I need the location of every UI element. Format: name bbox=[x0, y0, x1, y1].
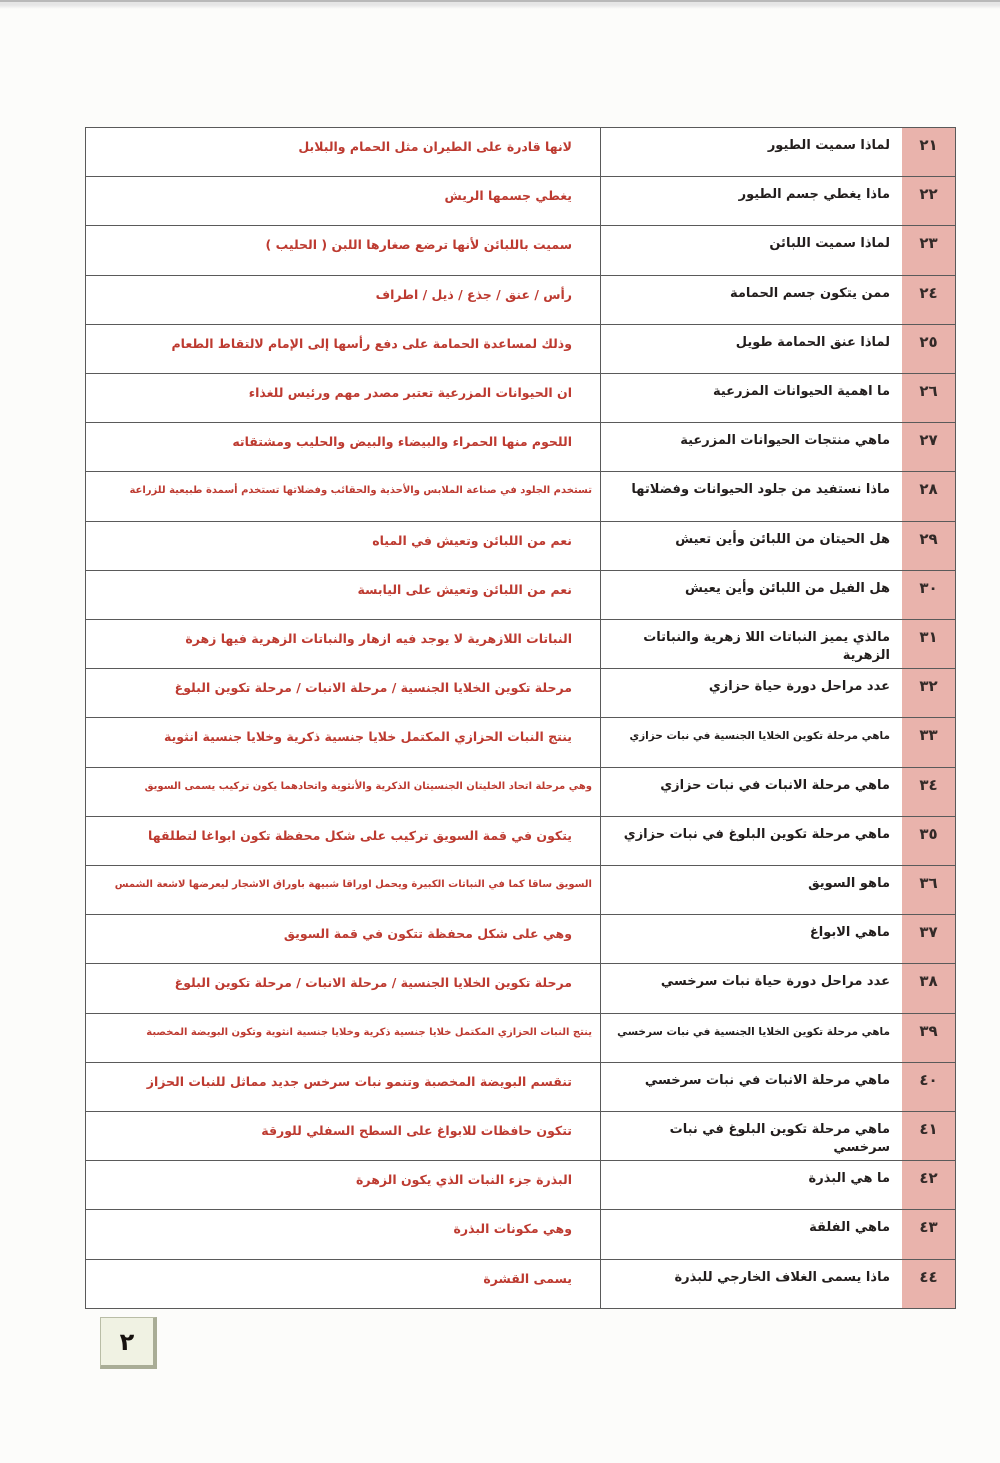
answer-cell: تستخدم الجلود في صناعة الملابس والأحذية … bbox=[86, 472, 600, 520]
row-number: ٣٦ bbox=[902, 866, 955, 914]
row-number: ٣٩ bbox=[902, 1014, 955, 1062]
page-number-badge: ٢ bbox=[100, 1317, 157, 1369]
question-cell: عدد مراحل دورة حياة نبات سرخسي bbox=[600, 964, 902, 1012]
answer-cell: يسمى القشرة bbox=[86, 1260, 600, 1308]
question-cell: عدد مراحل دورة حياة حزازي bbox=[600, 669, 902, 717]
row-number: ٤١ bbox=[902, 1112, 955, 1160]
question-cell: ماهي مرحلة الانبات في نبات سرخسي bbox=[600, 1063, 902, 1111]
table-row: ٢٢ ماذا يغطي جسم الطيور يغطي جسمها الريش bbox=[86, 177, 955, 226]
table-row: ٣٥ ماهي مرحلة تكوين البلوغ في نبات حزازي… bbox=[86, 817, 955, 866]
question-cell: ماهي مرحلة الانبات في نبات حزازي bbox=[600, 768, 902, 816]
answer-cell: نعم من اللبائن وتعيش على اليابسة bbox=[86, 571, 600, 619]
question-cell: لماذا سميت اللبائن bbox=[600, 226, 902, 274]
table-row: ٢٩ هل الحيتان من اللبائن وأين تعيش نعم م… bbox=[86, 522, 955, 571]
row-number: ٤٢ bbox=[902, 1161, 955, 1209]
row-number: ٣٣ bbox=[902, 718, 955, 766]
answer-cell: مرحلة تكوين الخلايا الجنسية / مرحلة الان… bbox=[86, 669, 600, 717]
table-row: ٣١ مالذي يميز النباتات اللا زهرية والنبا… bbox=[86, 620, 955, 669]
row-number: ٤٤ bbox=[902, 1260, 955, 1308]
answer-cell: تتكون حافظات للابواغ على السطح السفلي لل… bbox=[86, 1112, 600, 1160]
answer-cell: وذلك لمساعدة الحمامة على دفع رأسها إلى ا… bbox=[86, 325, 600, 373]
table-row: ٢١ لماذا سميت الطيور لانها قادرة على الط… bbox=[86, 128, 955, 177]
question-cell: ماهي مرحلة تكوين الخلايا الجنسية في نبات… bbox=[600, 718, 902, 766]
row-number: ٣٥ bbox=[902, 817, 955, 865]
question-cell: لماذا عنق الحمامة طويل bbox=[600, 325, 902, 373]
question-cell: ماهي الفلقة bbox=[600, 1210, 902, 1258]
row-number: ٢١ bbox=[902, 128, 955, 176]
table-row: ٤٢ ما هي البذرة البذرة جزء النبات الذي ي… bbox=[86, 1161, 955, 1210]
question-cell: ماهي مرحلة تكوين الخلايا الجنسية في نبات… bbox=[600, 1014, 902, 1062]
row-number: ٣٨ bbox=[902, 964, 955, 1012]
page-number: ٢ bbox=[120, 1328, 135, 1356]
question-cell: ماذا يسمى الغلاف الخارجي للبذرة bbox=[600, 1260, 902, 1308]
answer-cell: يتكون في قمة السويق تركيب على شكل محفظة … bbox=[86, 817, 600, 865]
row-number: ٤٠ bbox=[902, 1063, 955, 1111]
answer-cell: نعم من اللبائن وتعيش في المياه bbox=[86, 522, 600, 570]
answer-cell: البذرة جزء النبات الذي يكون الزهرة bbox=[86, 1161, 600, 1209]
table-row: ٣٠ هل الفيل من اللبائن وأين يعيش نعم من … bbox=[86, 571, 955, 620]
answer-cell: النباتات اللازهرية لا يوجد فيه ازهار وال… bbox=[86, 620, 600, 668]
row-number: ٤٣ bbox=[902, 1210, 955, 1258]
question-cell: ماهو السويق bbox=[600, 866, 902, 914]
row-number: ٢٢ bbox=[902, 177, 955, 225]
table-row: ٣٢ عدد مراحل دورة حياة حزازي مرحلة تكوين… bbox=[86, 669, 955, 718]
question-cell: ماذا يغطي جسم الطيور bbox=[600, 177, 902, 225]
row-number: ٣١ bbox=[902, 620, 955, 668]
table-row: ٢٤ ممن يتكون جسم الحمامة رأس / عنق / جذع… bbox=[86, 276, 955, 325]
table-row: ٤٠ ماهي مرحلة الانبات في نبات سرخسي تنقس… bbox=[86, 1063, 955, 1112]
answer-cell: ينتج النبات الحزازي المكتمل خلايا جنسية … bbox=[86, 1014, 600, 1062]
table-row: ٤٣ ماهي الفلقة وهي مكونات البذرة bbox=[86, 1210, 955, 1259]
row-number: ٢٤ bbox=[902, 276, 955, 324]
answer-cell: ينتج النبات الحزازي المكتمل خلايا جنسية … bbox=[86, 718, 600, 766]
table-row: ٣٨ عدد مراحل دورة حياة نبات سرخسي مرحلة … bbox=[86, 964, 955, 1013]
table-row: ٣٤ ماهي مرحلة الانبات في نبات حزازي وهي … bbox=[86, 768, 955, 817]
table-row: ٢٧ ماهي منتجات الحيوانات المزرعية اللحوم… bbox=[86, 423, 955, 472]
table-row: ٣٩ ماهي مرحلة تكوين الخلايا الجنسية في ن… bbox=[86, 1014, 955, 1063]
row-number: ٢٧ bbox=[902, 423, 955, 471]
row-number: ٣٧ bbox=[902, 915, 955, 963]
answer-cell: لانها قادرة على الطيران مثل الحمام والبل… bbox=[86, 128, 600, 176]
question-cell: ماذا نستفيد من جلود الحيوانات وفضلاتها bbox=[600, 472, 902, 520]
answer-cell: يغطي جسمها الريش bbox=[86, 177, 600, 225]
table-row: ٢٥ لماذا عنق الحمامة طويل وذلك لمساعدة ا… bbox=[86, 325, 955, 374]
question-cell: ماهي الابواغ bbox=[600, 915, 902, 963]
row-number: ٢٨ bbox=[902, 472, 955, 520]
table-row: ٤١ ماهي مرحلة تكوين البلوغ في نبات سرخسي… bbox=[86, 1112, 955, 1161]
row-number: ٢٦ bbox=[902, 374, 955, 422]
row-number: ٣٤ bbox=[902, 768, 955, 816]
table-row: ٤٤ ماذا يسمى الغلاف الخارجي للبذرة يسمى … bbox=[86, 1260, 955, 1308]
question-cell: ممن يتكون جسم الحمامة bbox=[600, 276, 902, 324]
question-cell: ماهي مرحلة تكوين البلوغ في نبات سرخسي bbox=[600, 1112, 902, 1160]
question-cell: ما اهمية الحيوانات المزرعية bbox=[600, 374, 902, 422]
answer-cell: وهي مكونات البذرة bbox=[86, 1210, 600, 1258]
answer-cell: اللحوم منها الحمراء والبيضاء والبيض والح… bbox=[86, 423, 600, 471]
row-number: ٣٢ bbox=[902, 669, 955, 717]
answer-cell: ان الحيوانات المزرعية تعتبر مصدر مهم ورئ… bbox=[86, 374, 600, 422]
question-cell: هل الفيل من اللبائن وأين يعيش bbox=[600, 571, 902, 619]
question-cell: مالذي يميز النباتات اللا زهرية والنباتات… bbox=[600, 620, 902, 668]
row-number: ٢٥ bbox=[902, 325, 955, 373]
answer-cell: السويق ساقا كما في النباتات الكبيرة ويحم… bbox=[86, 866, 600, 914]
table-row: ٣٣ ماهي مرحلة تكوين الخلايا الجنسية في ن… bbox=[86, 718, 955, 767]
question-cell: ماهي مرحلة تكوين البلوغ في نبات حزازي bbox=[600, 817, 902, 865]
answer-cell: وهي مرحلة اتحاد الخليتان الجنسيتان الذكر… bbox=[86, 768, 600, 816]
table-row: ٣٧ ماهي الابواغ وهي على شكل محفظة تتكون … bbox=[86, 915, 955, 964]
table-row: ٢٣ لماذا سميت اللبائن سميت باللبائن لأنه… bbox=[86, 226, 955, 275]
question-cell: ماهي منتجات الحيوانات المزرعية bbox=[600, 423, 902, 471]
table-row: ٢٦ ما اهمية الحيوانات المزرعية ان الحيوا… bbox=[86, 374, 955, 423]
qa-table: ٢١ لماذا سميت الطيور لانها قادرة على الط… bbox=[85, 127, 956, 1309]
row-number: ٣٠ bbox=[902, 571, 955, 619]
table-row: ٣٦ ماهو السويق السويق ساقا كما في النبات… bbox=[86, 866, 955, 915]
answer-cell: مرحلة تكوين الخلايا الجنسية / مرحلة الان… bbox=[86, 964, 600, 1012]
question-cell: ما هي البذرة bbox=[600, 1161, 902, 1209]
row-number: ٢٩ bbox=[902, 522, 955, 570]
question-cell: لماذا سميت الطيور bbox=[600, 128, 902, 176]
answer-cell: سميت باللبائن لأنها ترضع صغارها اللبن ( … bbox=[86, 226, 600, 274]
row-number: ٢٣ bbox=[902, 226, 955, 274]
scan-edge-artifact bbox=[0, 0, 1000, 9]
answer-cell: تنقسم البويضة المخصبة وتنمو نبات سرخس جد… bbox=[86, 1063, 600, 1111]
answer-cell: رأس / عنق / جذع / ذيل / اطراف bbox=[86, 276, 600, 324]
table-row: ٢٨ ماذا نستفيد من جلود الحيوانات وفضلاته… bbox=[86, 472, 955, 521]
question-cell: هل الحيتان من اللبائن وأين تعيش bbox=[600, 522, 902, 570]
answer-cell: وهي على شكل محفظة تتكون في قمة السويق bbox=[86, 915, 600, 963]
